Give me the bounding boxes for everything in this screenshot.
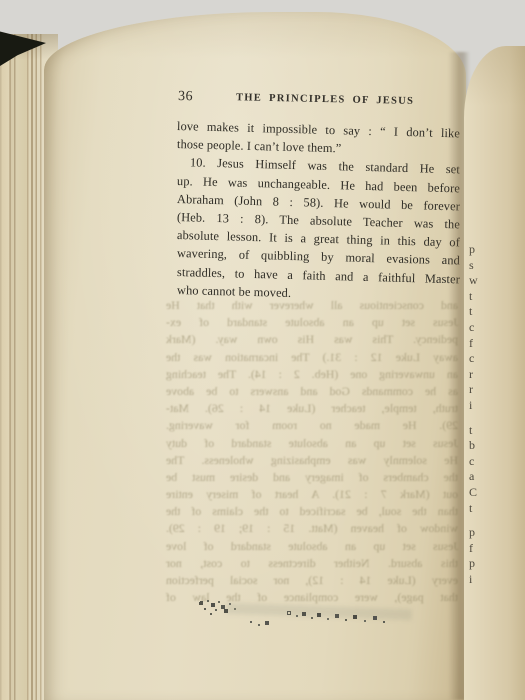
sliver-fragment: C xyxy=(469,485,478,501)
showthrough-line: every (Luke 14 : 12), nor social perfect… xyxy=(166,572,458,589)
sliver-fragment: s xyxy=(469,258,478,274)
facing-page-line-fragments: p s w t t c f c r r i t b c a C t p f p … xyxy=(469,242,478,587)
sliver-fragment: r xyxy=(469,367,478,383)
sliver-fragment: p xyxy=(469,525,478,541)
paragraph-gap xyxy=(469,414,478,423)
sliver-fragment: i xyxy=(469,572,478,588)
sliver-fragment: p xyxy=(469,556,478,572)
foxing-smudge xyxy=(198,600,200,602)
showthrough-line: truth, temple, teacher (Luke 14 : 26). M… xyxy=(166,400,458,417)
showthrough-line: out (Mark 7 : 21). A heart of misery ent… xyxy=(166,486,458,503)
page-header: 36 THE PRINCIPLES OF JESUS xyxy=(178,88,462,116)
showthrough-line: window of heaven (Matt. 15 : 19; 19 : 29… xyxy=(166,520,458,537)
showthrough-line: Jesus set up an absolute standard of ex- xyxy=(166,314,458,331)
showthrough-line: as he commands God and answers to be abo… xyxy=(166,383,458,400)
showthrough-line: pediency. This was His own way. (Mark xyxy=(166,331,458,348)
sliver-fragment: c xyxy=(469,351,478,367)
showthrough-line: Jesus set up an absolute standard of lov… xyxy=(166,538,458,555)
sliver-fragment: t xyxy=(469,423,478,439)
showthrough-line: this absurd. Neither directness to cost,… xyxy=(166,555,458,572)
showthrough-line: that page), were compliance of the law o… xyxy=(166,589,458,606)
sliver-fragment: t xyxy=(469,289,478,305)
sliver-fragment: b xyxy=(469,438,478,454)
running-title: THE PRINCIPLES OF JESUS xyxy=(236,92,414,107)
showthrough-line: away Luke 12 : 31.) The incarnation was … xyxy=(166,349,458,366)
sliver-fragment: c xyxy=(469,320,478,336)
main-page: 36 THE PRINCIPLES OF JESUS love makes it… xyxy=(44,12,466,700)
book-photo: 36 THE PRINCIPLES OF JESUS love makes it… xyxy=(0,0,525,700)
foxing-smudge xyxy=(288,612,290,614)
showthrough-line: an unwavering one (Heb. 2 : 14). The tea… xyxy=(166,366,458,383)
facing-page-sliver: p s w t t c f c r r i t b c a C t p f p … xyxy=(464,46,525,700)
showthrough-line: than the soul, be sacrificed to the clai… xyxy=(166,503,458,520)
sliver-fragment: r xyxy=(469,382,478,398)
sliver-fragment: c xyxy=(469,454,478,470)
showthrough-text: and conscientious all wherever with that… xyxy=(166,297,458,606)
body-text: love makes it impossible to say : “ I do… xyxy=(177,117,460,299)
sliver-fragment: f xyxy=(469,336,478,352)
paragraph-gap xyxy=(469,516,478,525)
sliver-fragment: t xyxy=(469,501,478,517)
sliver-fragment: t xyxy=(469,304,478,320)
showthrough-line: Jesus set up an absolute standard of dut… xyxy=(166,435,458,452)
sliver-fragment: a xyxy=(469,469,478,485)
showthrough-line: 29). He made no room for wavering. xyxy=(166,417,458,434)
showthrough-line: and conscientious all wherever with that… xyxy=(166,297,458,314)
sliver-fragment: w xyxy=(469,273,478,289)
showthrough-line: He solemnly was emphasizing wholeness. T… xyxy=(166,452,458,469)
showthrough-line: the chambers of imagery and desire must … xyxy=(166,469,458,486)
sliver-fragment: i xyxy=(469,398,478,414)
sliver-fragment: f xyxy=(469,541,478,557)
sliver-fragment: p xyxy=(469,242,478,258)
page-number: 36 xyxy=(178,89,193,105)
